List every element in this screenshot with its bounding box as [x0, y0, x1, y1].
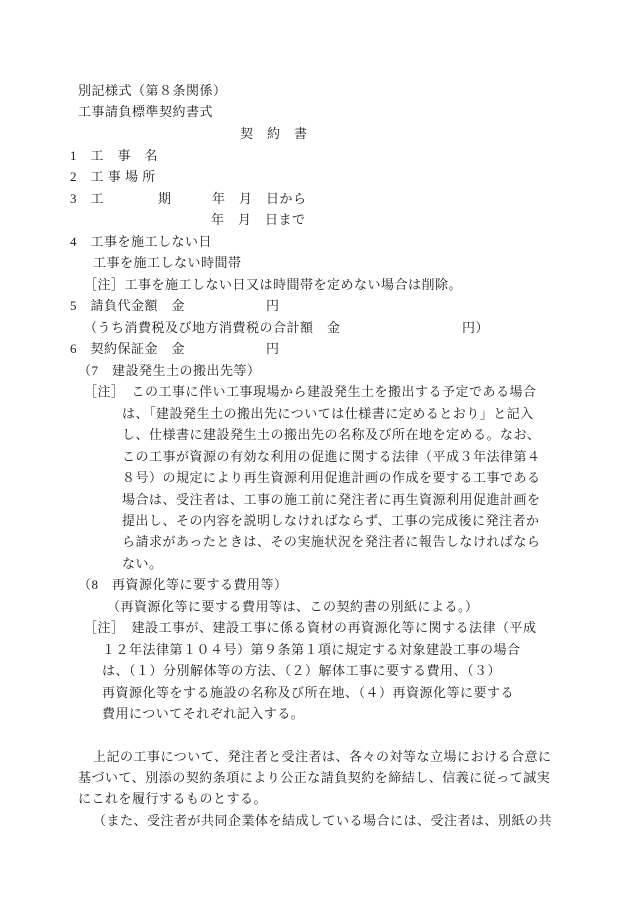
item-8-note-line-1: ［注］ 建設工事が、建設工事に係る資材の再資源化等に関する法律（平成 [84, 619, 537, 636]
item-5-contract-price: 5 請負代金額 金 円 [70, 297, 280, 314]
item-6-contract-bond: 6 契約保証金 金 円 [70, 340, 280, 357]
closing-paragraph-line-4: （また、受注者が共同企業体を結成している場合には、受注者は、別紙の共 [93, 812, 552, 829]
document-title: 契 約 書 [240, 125, 308, 142]
closing-paragraph-line-2: 基づいて、別添の契約条項により公正な請負契約を締結し、信義に従って誠実 [78, 769, 550, 786]
item-8-note-line-4: 再資源化等をする施設の名称及び所在地、（４）再資源化等に要する [102, 684, 514, 701]
item-3-work-period-end: 年 月 日まで [211, 211, 306, 228]
item-1-work-name: 1 工 事 名 [70, 147, 158, 164]
form-reference-label: 別記様式（第８条関係） [78, 82, 227, 99]
item-8-note-line-3: は、（１）分別解体等の方法、（２）解体工事に要する費用、（３） [102, 662, 501, 679]
item-4-no-work-day: 4 工事を施工しない日 [70, 233, 212, 250]
closing-paragraph-line-3: にこれを履行するものとする。 [78, 790, 267, 807]
item-8-attachment-line: （再資源化等に要する費用等は、この契約書の別紙による。） [107, 598, 479, 615]
item-2-work-site: 2 工 事 場 所 [70, 168, 156, 185]
item-4-no-work-hours: 工事を施工しない時間帯 [93, 254, 242, 271]
item-4-note: ［注］工事を施工しない日又は時間帯を定めない場合は削除。 [84, 276, 462, 293]
item-7-note-line-4: この工事が資源の有効な利用の促進に関する法律（平成３年法律第４ [122, 448, 541, 465]
item-7-heading: （7 建設発生土の搬出先等） [78, 362, 261, 379]
item-7-note-line-1: ［注］ この工事に伴い工事現場から建設発生土を搬出する予定である場合 [84, 383, 537, 400]
item-7-note-line-5: ８号）の規定により再生資源利用促進計画の作成を要する工事である [122, 469, 541, 486]
item-7-note-line-7: 提出し、その内容を説明しなければならず、工事の完成後に発注者か [122, 512, 539, 529]
item-7-note-line-8: ら請求があったときは、その実施状況を発注者に報告しなければなら [122, 533, 540, 550]
item-7-note-line-6: 場合は、受注者は、工事の施工前に発注者に再生資源利用促進計画を [122, 491, 541, 508]
item-8-note-line-5: 費用についてそれぞれ記入する。 [102, 705, 304, 722]
closing-paragraph-line-1: 上記の工事について、発注者と受注者は、各々の対等な立場における合意に [93, 748, 551, 765]
item-8-heading: （8 再資源化等に要する費用等） [78, 576, 288, 593]
item-8-note-line-2: １２年法律第１０４号）第９条第１項に規定する対象建設工事の場合 [102, 641, 521, 658]
item-3-work-period-start: 3 工 期 年 月 日から [70, 190, 307, 207]
item-5-tax-amount: （うち消費税及び地方消費税の合計額 金 円） [84, 319, 489, 336]
contract-document-page: 別記様式（第８条関係） 工事請負標準契約書式 契 約 書 1 工 事 名 2 工… [0, 0, 630, 903]
item-7-note-line-3: し、仕様書に建設発生土の搬出先の名称及び所在地を定める。なお、 [122, 426, 541, 443]
item-7-note-line-2: は、「建設発生土の搬出先については仕様書に定めるとおり」と記入 [122, 405, 534, 422]
item-7-note-line-9: ない。 [122, 555, 163, 572]
form-name-label: 工事請負標準契約書式 [78, 103, 213, 120]
